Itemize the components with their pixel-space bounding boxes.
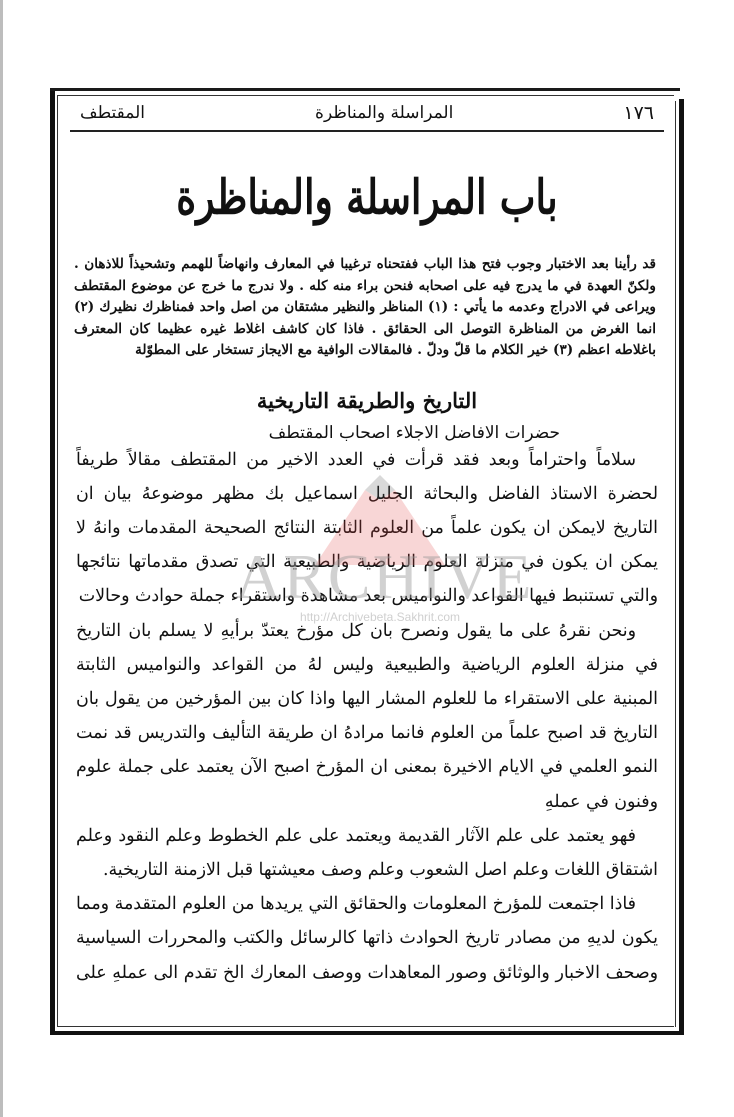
article-paragraph: فاذا اجتمعت للمؤرخ المعلومات والحقائق ال…	[64, 887, 670, 990]
frame-rule-left-inner	[57, 95, 58, 1027]
frame-rule-left	[50, 91, 55, 1031]
frame-rule-bottom-inner	[58, 1026, 674, 1027]
article-paragraph: فهو يعتمد على علم الآثار القديمة ويعتمد …	[64, 819, 670, 887]
article-paragraph: سلاماً واحتراماً وبعد فقد قرأت في العدد …	[64, 443, 670, 614]
page-content: ١٧٦ المراسلة والمناظرة المقتطف باب المرا…	[64, 96, 670, 990]
article-paragraph: ونحن نقرهُ على ما يقول ونصرح بان كل مؤرخ…	[64, 614, 670, 819]
running-head: ١٧٦ المراسلة والمناظرة المقتطف	[70, 96, 664, 132]
editorial-intro: قد رأينا بعد الاختبار وجوب فتح هذا الباب…	[64, 246, 670, 362]
calligraphic-heading: باب المراسلة والمناظرة	[64, 154, 670, 242]
article-title: التاريخ والطريقة التاريخية	[64, 388, 670, 413]
frame-rule-right-inner	[675, 101, 676, 1027]
page-number: ١٧٦	[623, 102, 654, 124]
article-body: سلاماً واحتراماً وبعد فقد قرأت في العدد …	[64, 443, 670, 990]
running-head-section: المراسلة والمناظرة	[315, 103, 453, 123]
calligraphic-heading-text: باب المراسلة والمناظرة	[176, 168, 557, 224]
scan-edge	[0, 0, 3, 1117]
running-head-journal: المقتطف	[80, 103, 145, 123]
frame-rule-right	[679, 99, 684, 1035]
article-salutation: حضرات الافاضل الاجلاء اصحاب المقتطف	[64, 423, 670, 443]
